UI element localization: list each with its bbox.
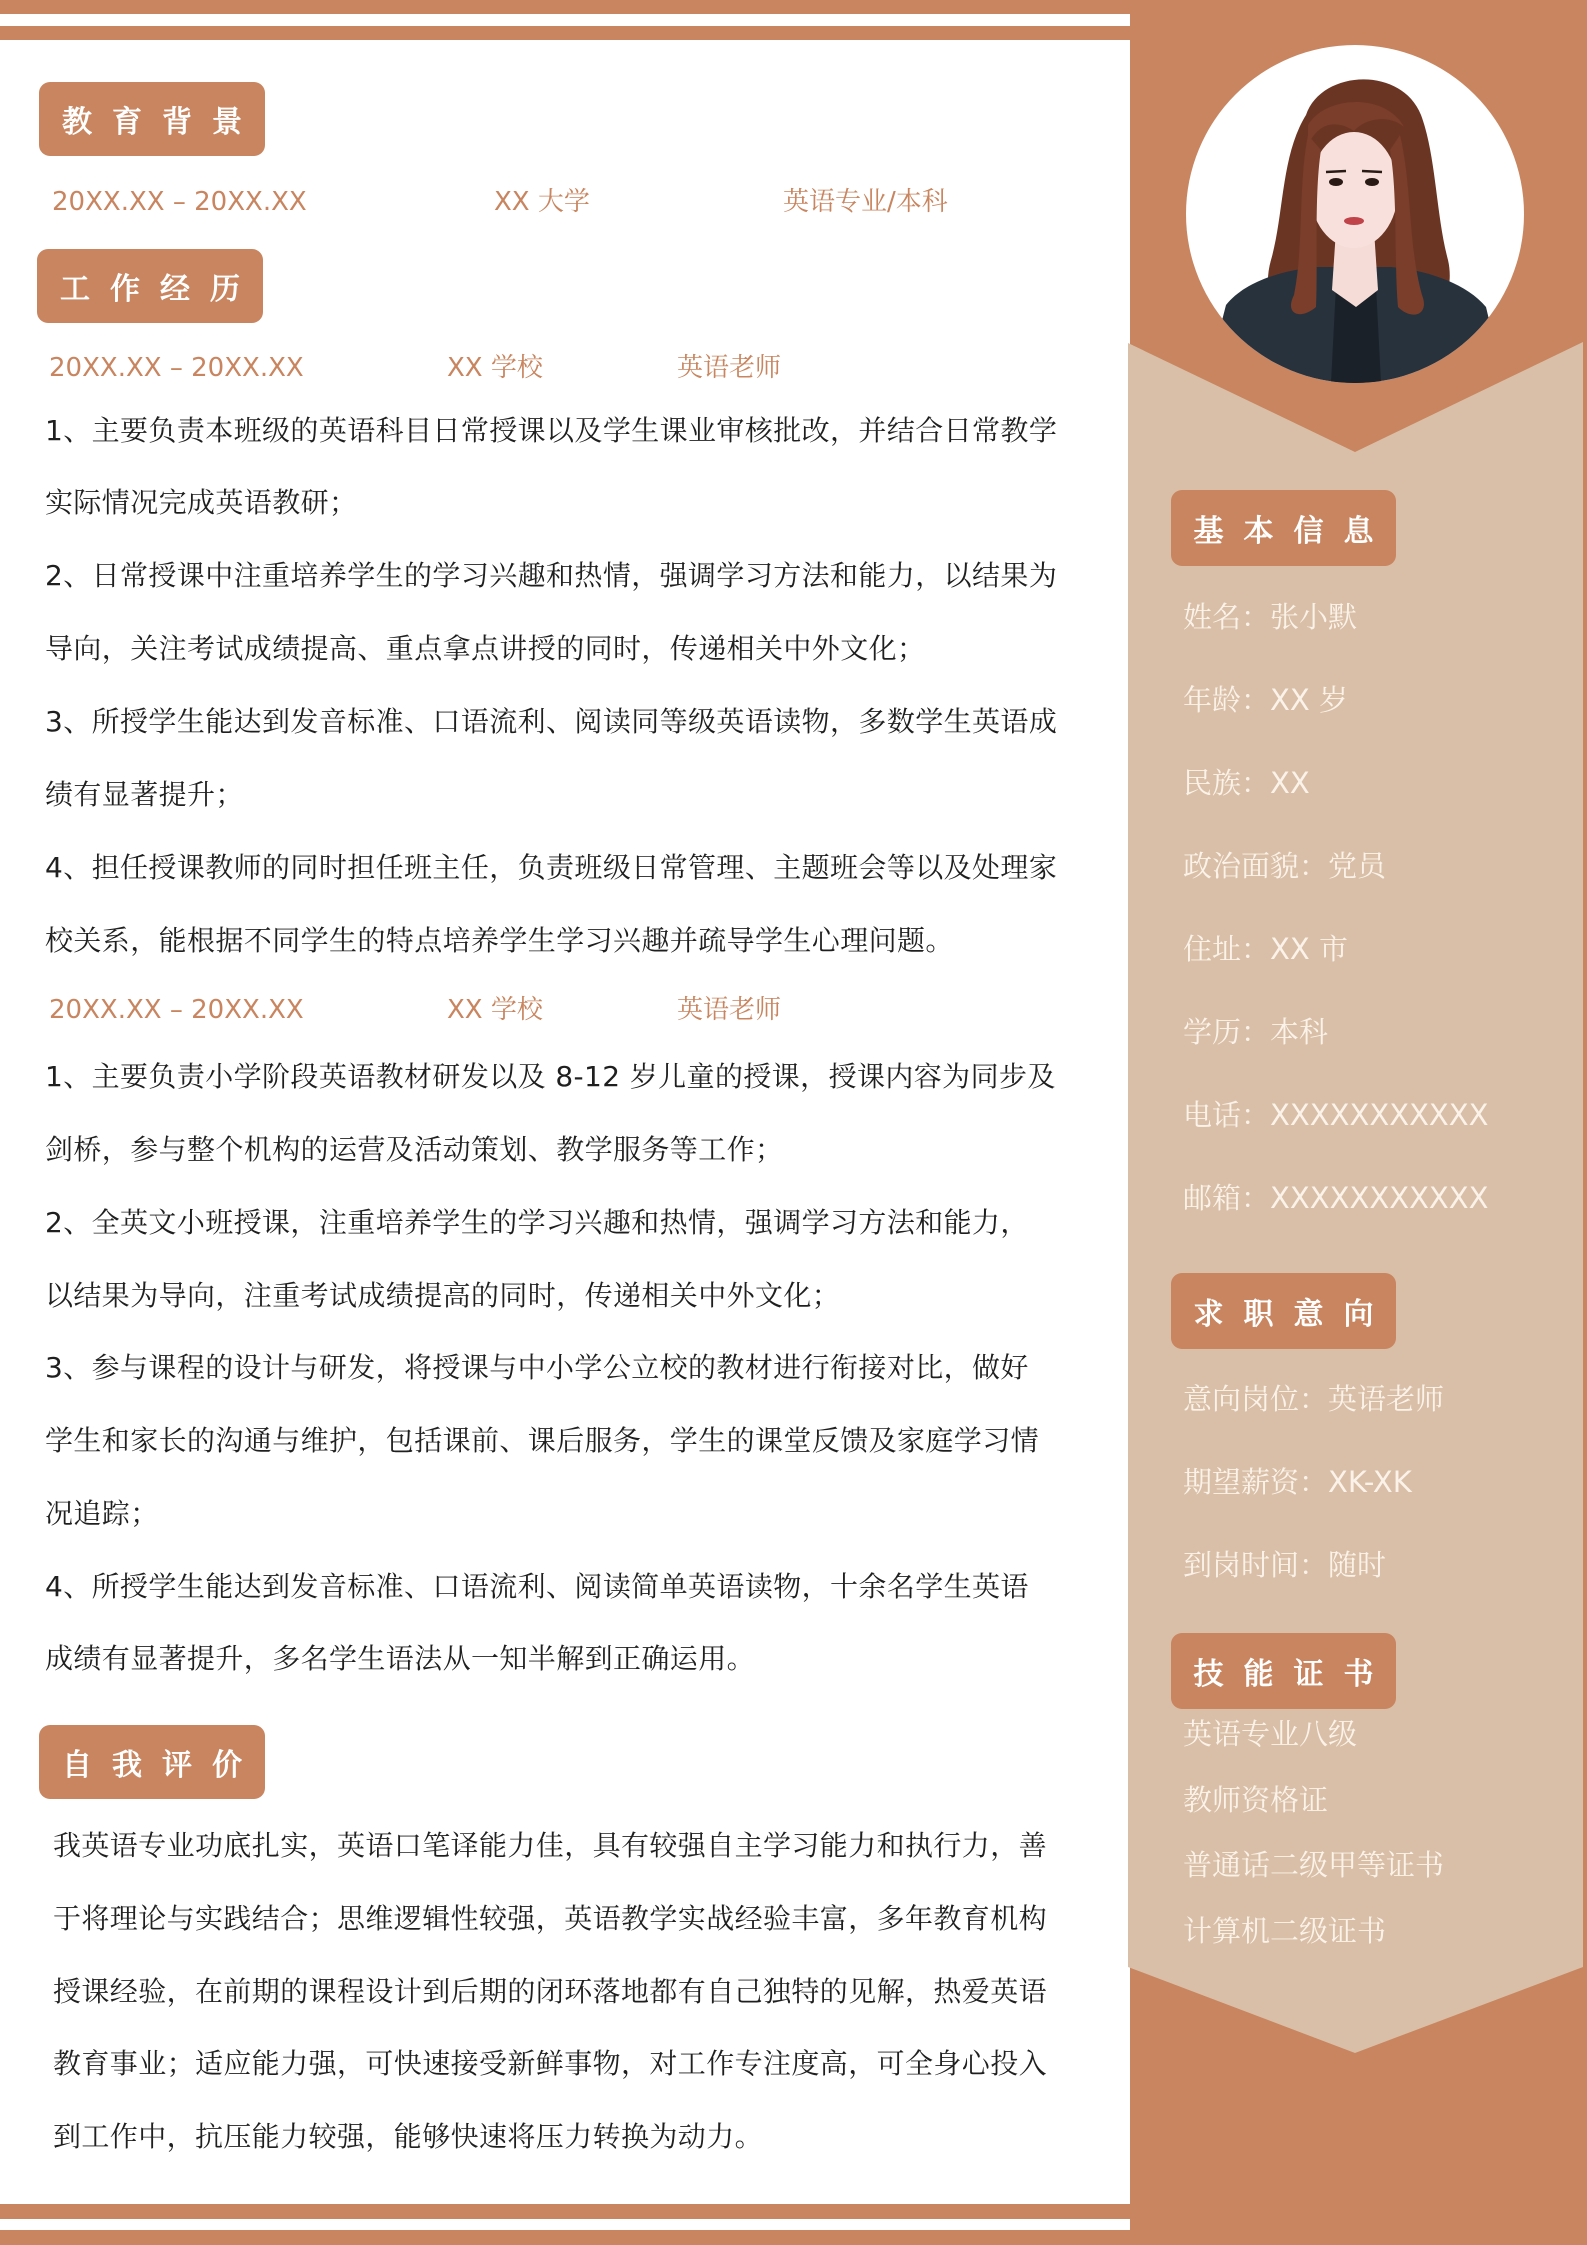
self-evaluation-line: 我英语专业功底扎实，英语口笔译能力佳，具有较强自主学习能力和执行力，善 [53,1829,1047,1863]
education-period: 20XX.XX – 20XX.XX [52,187,307,217]
section-header-work: 工作经历 [37,249,263,323]
section-header-job-intention: 求职意向 [1171,1273,1396,1349]
education-school: XX 大学 [494,187,590,217]
bottom-bar-outer [0,2230,1130,2245]
certificate-item: 计算机二级证书 [1183,1914,1386,1948]
info-phone: 电话：XXXXXXXXXXX [1183,1098,1489,1132]
job2-line: 剑桥，参与整个机构的运营及活动策划、教学服务等工作； [45,1133,783,1167]
job2-line: 况追踪； [45,1497,159,1531]
info-political-status: 政治面貌：党员 [1183,849,1386,883]
self-evaluation-line: 到工作中，抗压能力较强，能够快速将压力转换为动力。 [53,2120,763,2154]
job2-org: XX 学校 [447,995,543,1025]
section-header-basic-info: 基本信息 [1171,490,1396,566]
job1-line: 校关系，能根据不同学生的特点培养学生学习兴趣并疏导学生心理问题。 [45,924,954,958]
info-email: 邮箱：XXXXXXXXXXX [1183,1181,1489,1215]
top-bar-outer [0,0,1130,14]
job2-line: 成绩有显著提升，多名学生语法从一知半解到正确运用。 [45,1642,755,1676]
job2-line: 2、全英文小班授课，注重培养学生的学习兴趣和热情，强调学习方法和能力， [45,1206,1029,1240]
info-ethnicity: 民族：XX [1183,766,1310,800]
job2-line: 4、所授学生能达到发音标准、口语流利、阅读简单英语读物，十余名学生英语 [45,1570,1029,1604]
intention-position: 意向岗位：英语老师 [1183,1382,1444,1416]
job2-line: 以结果为导向，注重考试成绩提高的同时，传递相关中外文化； [45,1279,840,1313]
info-education: 学历：本科 [1183,1015,1328,1049]
section-header-education: 教育背景 [39,82,265,156]
avatar [1186,45,1524,383]
info-age: 年龄：XX 岁 [1183,683,1348,717]
job1-role: 英语老师 [677,353,781,383]
job1-line: 3、所授学生能达到发音标准、口语流利、阅读同等级英语读物，多数学生英语成 [45,705,1057,739]
education-major: 英语专业/本科 [783,187,948,217]
job1-line: 4、担任授课教师的同时担任班主任，负责班级日常管理、主题班会等以及处理家 [45,851,1057,885]
job2-line: 3、参与课程的设计与研发，将授课与中小学公立校的教材进行衔接对比，做好 [45,1351,1029,1385]
certificate-item: 教师资格证 [1183,1783,1328,1817]
certificate-item: 英语专业八级 [1183,1717,1357,1751]
job2-role: 英语老师 [677,995,781,1025]
job1-line: 1、主要负责本班级的英语科目日常授课以及学生课业审核批改，并结合日常教学 [45,414,1057,448]
intention-salary: 期望薪资：XK-XK [1183,1465,1412,1499]
job1-line: 实际情况完成英语教研； [45,486,357,520]
self-evaluation-line: 于将理论与实践结合；思维逻辑性较强，英语教学实战经验丰富，多年教育机构 [53,1902,1047,1936]
section-header-self-evaluation: 自我评价 [39,1725,265,1799]
job1-line: 绩有显著提升； [45,778,244,812]
job2-line: 学生和家长的沟通与维护，包括课前、课后服务，学生的课堂反馈及家庭学习情 [45,1424,1039,1458]
job1-line: 2、日常授课中注重培养学生的学习兴趣和热情，强调学习方法和能力，以结果为 [45,559,1057,593]
portrait-illustration-icon [1186,45,1524,383]
job2-period: 20XX.XX – 20XX.XX [49,995,304,1025]
self-evaluation-line: 授课经验，在前期的课程设计到后期的闭环落地都有自己独特的见解，热爱英语 [53,1975,1047,2009]
section-header-certificates: 技能证书 [1171,1633,1396,1709]
info-name: 姓名：张小默 [1183,600,1357,634]
certificate-item: 普通话二级甲等证书 [1183,1848,1444,1882]
top-bar-inner [0,26,1130,40]
job1-org: XX 学校 [447,353,543,383]
info-address: 住址：XX 市 [1183,932,1348,966]
intention-start-time: 到岗时间：随时 [1183,1548,1386,1582]
self-evaluation-line: 教育事业；适应能力强，可快速接受新鲜事物，对工作专注度高，可全身心投入 [53,2047,1047,2081]
job2-line: 1、主要负责小学阶段英语教材研发以及 8-12 岁儿童的授课，授课内容为同步及 [45,1060,1056,1094]
bottom-bar-inner [0,2204,1130,2219]
job1-period: 20XX.XX – 20XX.XX [49,353,304,383]
job1-line: 导向，关注考试成绩提高、重点拿点讲授的同时，传递相关中外文化； [45,632,925,666]
